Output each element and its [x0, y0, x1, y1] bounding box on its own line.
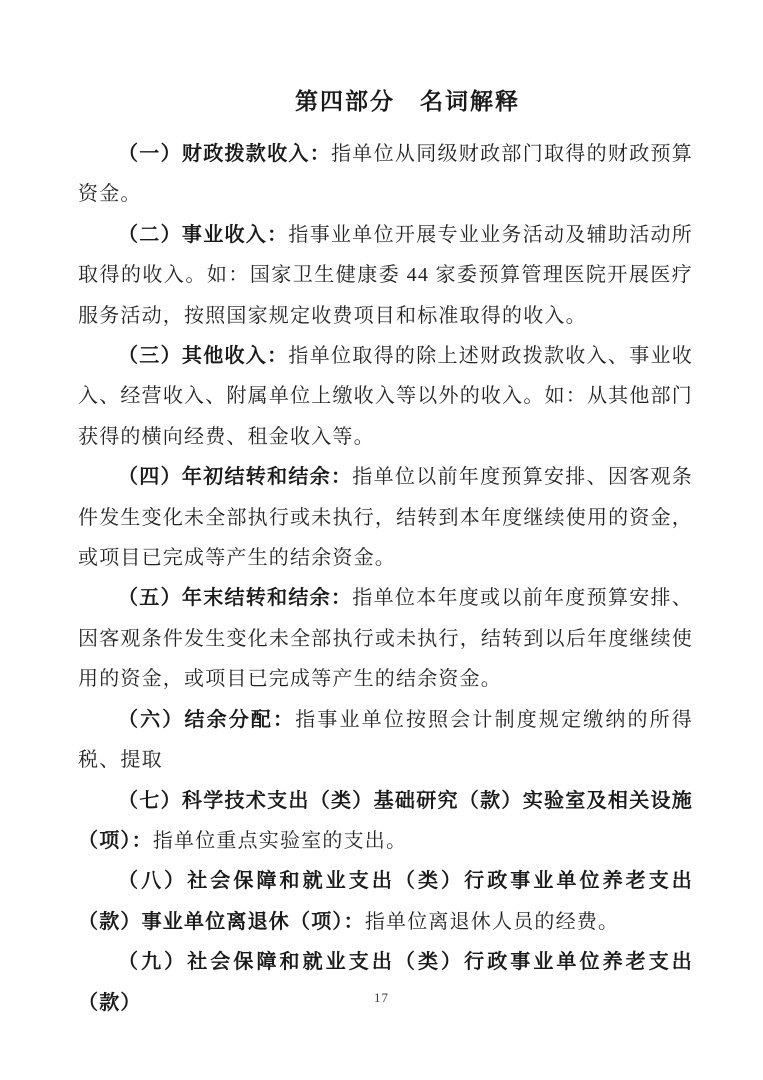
paragraph-lead: （五）年末结转和结余：	[118, 587, 352, 609]
paragraph-lead: （六）结余分配：	[118, 709, 295, 731]
paragraph-lead: （一）财政拨款收入：	[118, 143, 331, 165]
definition-paragraph-9: （九）社会保障和就业支出（类）行政事业单位养老支出（款）	[78, 942, 693, 1023]
document-content: 第四部分 名词解释 （一）财政拨款收入：指单位从同级财政部门取得的财政预算资金。…	[78, 86, 693, 1023]
page-title: 第四部分 名词解释	[78, 86, 693, 116]
paragraph-lead: （四）年初结转和结余：	[118, 466, 352, 488]
page-number: 17	[0, 990, 763, 1006]
definition-paragraph-1: （一）财政拨款收入：指单位从同级财政部门取得的财政预算资金。	[78, 134, 693, 215]
definition-paragraph-6: （六）结余分配：指事业单位按照会计制度规定缴纳的所得税、提取	[78, 700, 693, 781]
paragraph-lead: （三）其他收入：	[118, 345, 288, 367]
definition-paragraph-2: （二）事业收入：指事业单位开展专业业务活动及辅助活动所取得的收入。如：国家卫生健…	[78, 215, 693, 336]
paragraph-body: 指单位离退休人员的经费。	[365, 911, 619, 933]
definition-paragraph-4: （四）年初结转和结余：指单位以前年度预算安排、因客观条件发生变化未全部执行或未执…	[78, 457, 693, 578]
definition-paragraph-8: （八）社会保障和就业支出（类）行政事业单位养老支出（款）事业单位离退休（项）：指…	[78, 861, 693, 942]
definition-paragraph-7: （七）科学技术支出（类）基础研究（款）实验室及相关设施（项）：指单位重点实验室的…	[78, 781, 693, 862]
document-page: 第四部分 名词解释 （一）财政拨款收入：指单位从同级财政部门取得的财政预算资金。…	[0, 0, 763, 1080]
paragraph-body: 指单位重点实验室的支出。	[153, 830, 407, 852]
paragraph-lead: （二）事业收入：	[118, 224, 288, 246]
definition-paragraph-5: （五）年末结转和结余：指单位本年度或以前年度预算安排、因客观条件发生变化未全部执…	[78, 578, 693, 699]
definition-paragraph-3: （三）其他收入：指单位取得的除上述财政拨款收入、事业收入、经营收入、附属单位上缴…	[78, 336, 693, 457]
